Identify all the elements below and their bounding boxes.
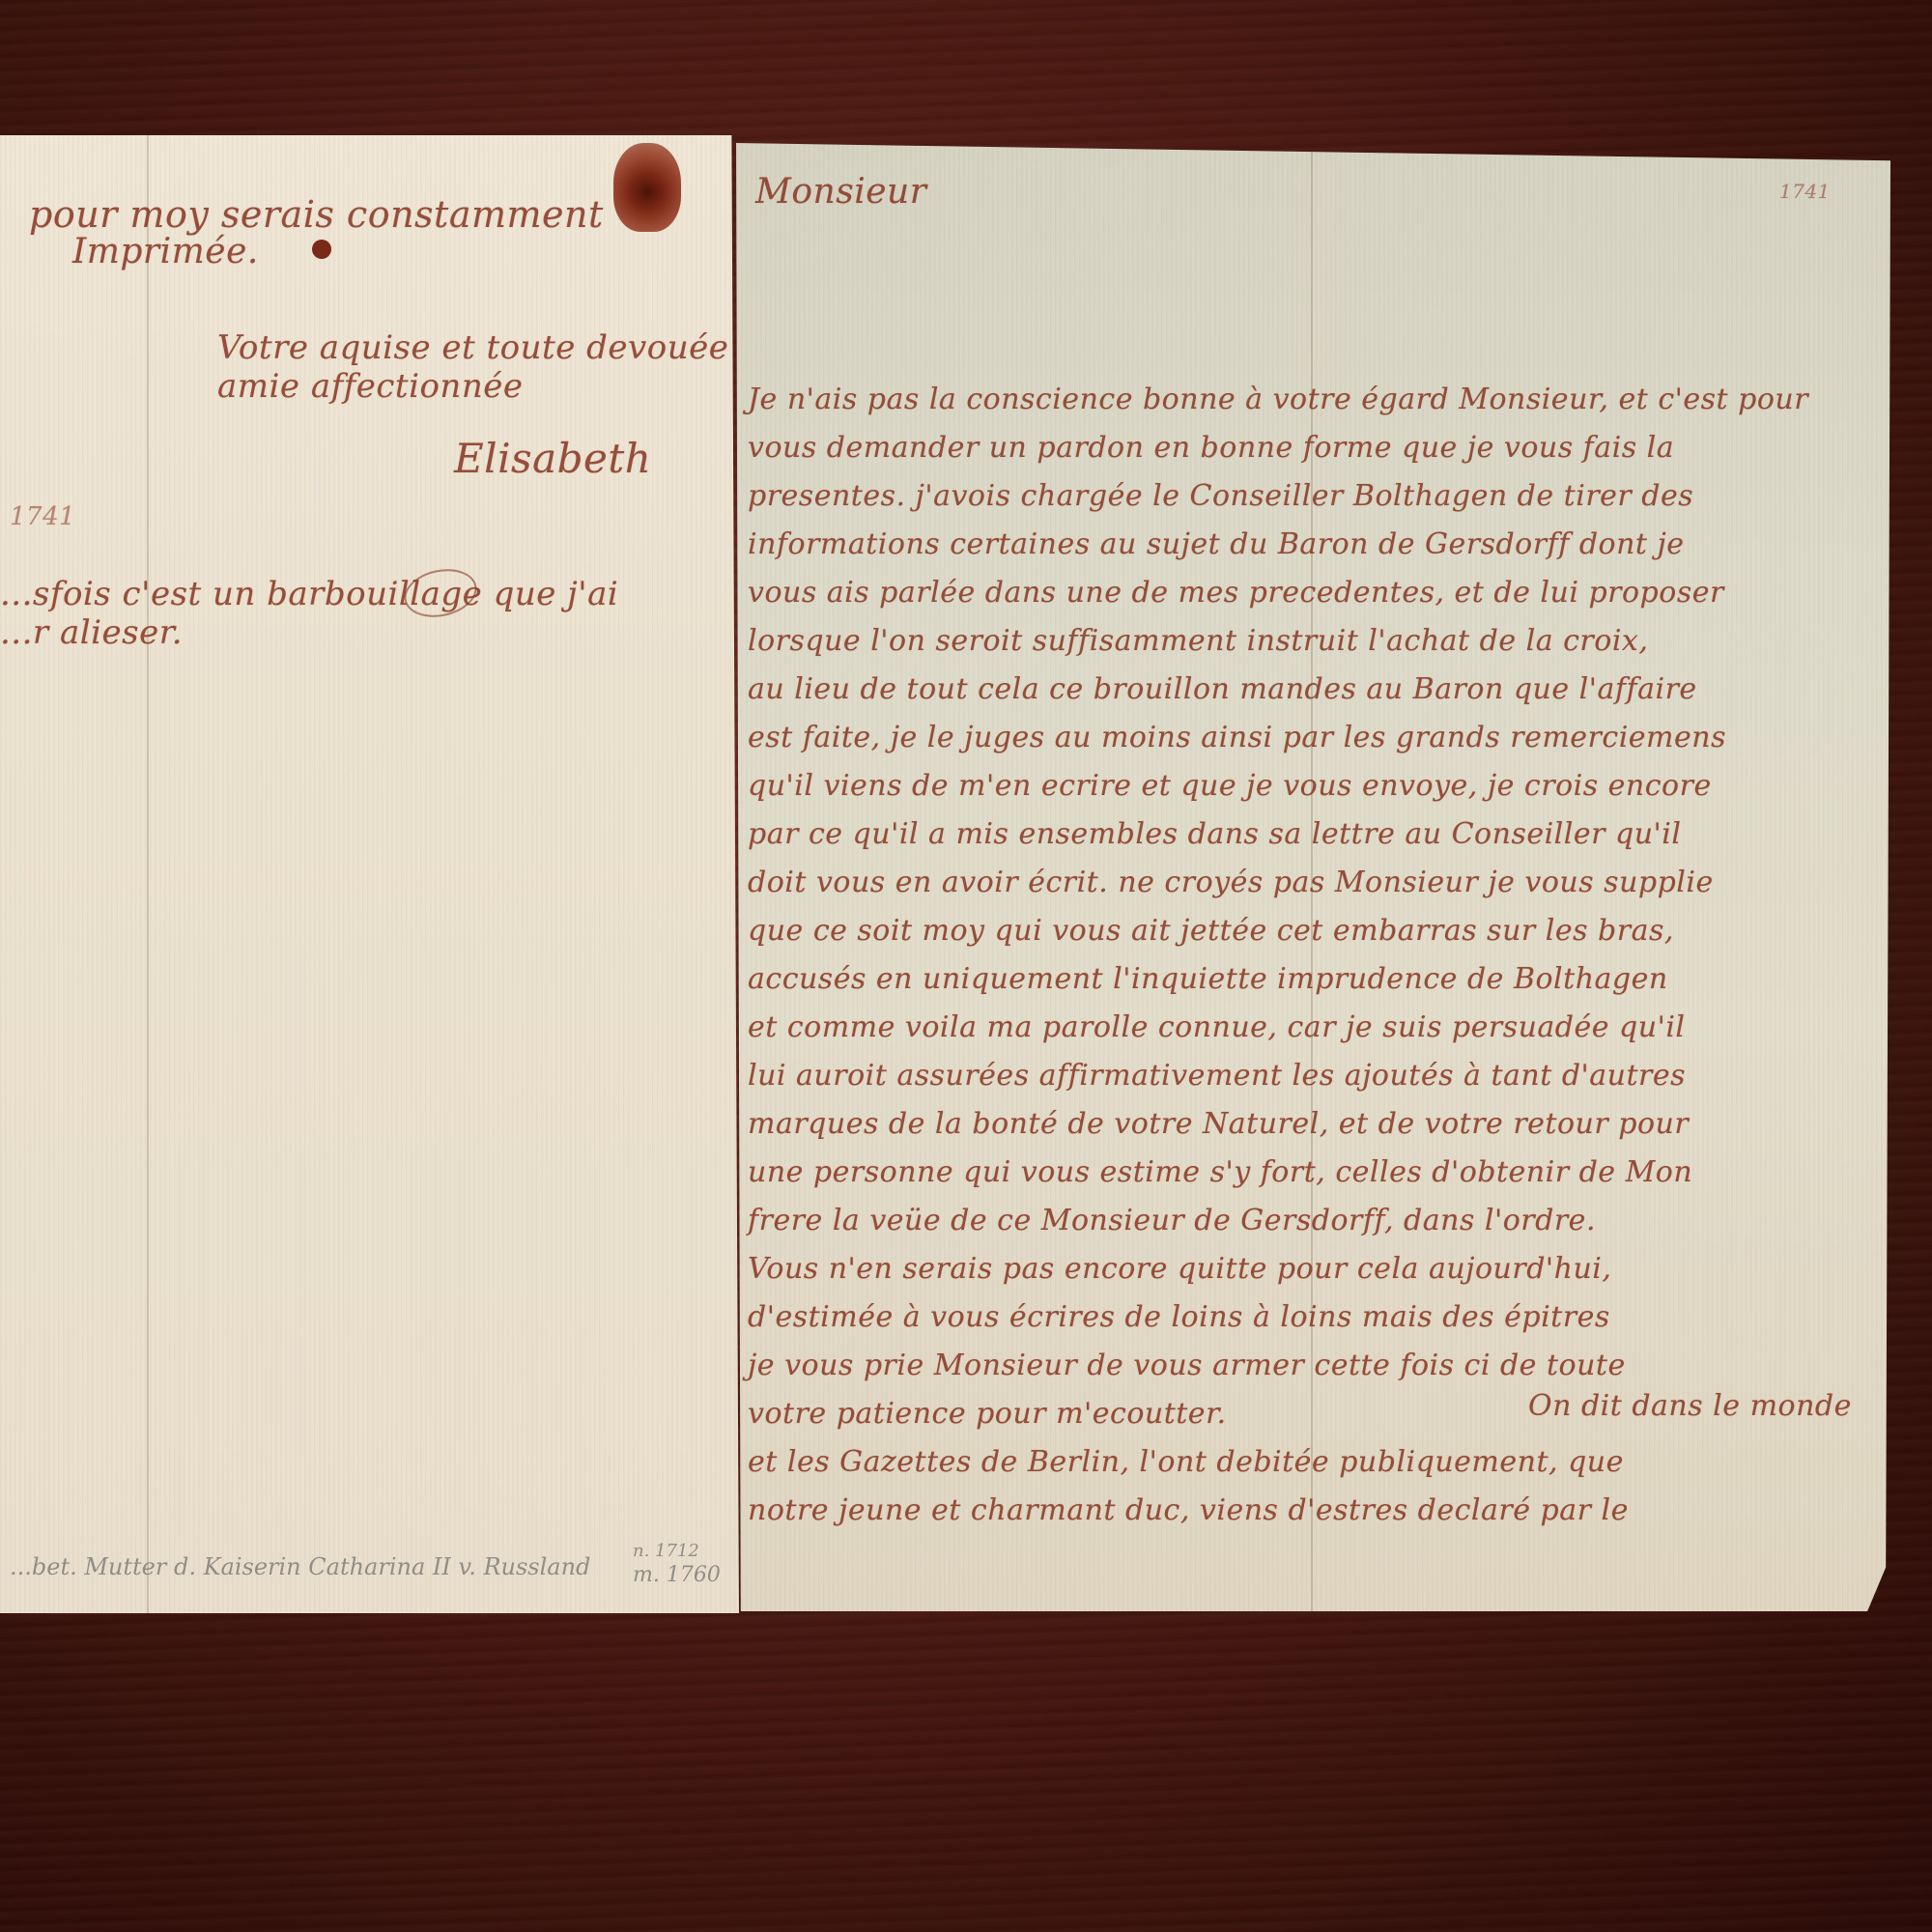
- signature: Elisabeth: [454, 435, 651, 482]
- postscript-line-2: ...r alieser.: [0, 613, 183, 652]
- valediction-line-1: Votre aquise et toute devouée: [217, 328, 728, 367]
- corner-mark: 1741: [1779, 180, 1831, 203]
- valediction-line-2: amie affectionnée: [217, 367, 523, 406]
- body-line-16: marques de la bonté de votre Naturel, et…: [748, 1107, 1689, 1141]
- left-letter-page: pour moy serais constamment Imprimée. Vo…: [0, 135, 739, 1613]
- body-line-11: doit vous en avoir écrit. ne croyés pas …: [748, 866, 1714, 899]
- closing-line-1: pour moy serais constamment: [29, 193, 604, 236]
- body-line-10: par ce qu'il a mis ensembles dans sa let…: [748, 817, 1681, 851]
- body-line-9: qu'il viens de m'en ecrire et que je vou…: [748, 769, 1712, 803]
- body-line-5: vous ais parlée dans une de mes preceden…: [748, 576, 1724, 610]
- closing-line-2: Imprimée.: [72, 232, 259, 271]
- wax-seal: [613, 143, 681, 232]
- archival-death-year: m. 1760: [633, 1563, 721, 1587]
- postscript-line-1: ...sfois c'est un barbouillage que j'ai: [0, 575, 618, 613]
- body-line-17: une personne qui vous estime s'y fort, c…: [748, 1155, 1692, 1189]
- body-line-19: Vous n'en serais pas encore quitte pour …: [748, 1252, 1611, 1286]
- archival-birth-year: n. 1712: [633, 1541, 699, 1561]
- body-line-15: lui auroit assurées affirmativement les …: [748, 1059, 1686, 1093]
- body-line-6: lorsque l'on seroit suffisamment instrui…: [748, 624, 1648, 658]
- body-line-4: informations certaines au sujet du Baron…: [748, 527, 1685, 561]
- date-note: 1741: [10, 502, 75, 531]
- body-line-2: vous demander un pardon en bonne forme q…: [748, 431, 1674, 465]
- body-line-21: je vous prie Monsieur de vous armer cett…: [748, 1349, 1626, 1382]
- body-line-8: est faite, je le juges au moins ainsi pa…: [748, 721, 1726, 754]
- archival-pencil-note: ...bet. Mutter d. Kaiserin Catharina II …: [10, 1553, 590, 1580]
- body-line-7: au lieu de tout cela ce brouillon mandes…: [748, 672, 1697, 706]
- paper-fold-line: [147, 135, 149, 1613]
- body-line-1: Je n'ais pas la conscience bonne à votre…: [748, 383, 1808, 416]
- right-letter-page: Monsieur 1741 Je n'ais pas la conscience…: [736, 143, 1890, 1611]
- body-line-13: accusés en uniquement l'inquiette imprud…: [748, 962, 1668, 996]
- body-line-20: d'estimée à vous écrires de loins à loin…: [748, 1300, 1610, 1334]
- body-line-24: notre jeune et charmant duc, viens d'est…: [748, 1493, 1629, 1527]
- body-line-22: votre patience pour m'ecoutter.: [748, 1397, 1227, 1431]
- body-line-18: frere la veüe de ce Monsieur de Gersdorf…: [748, 1204, 1596, 1237]
- indented-fragment: On dit dans le monde: [1528, 1389, 1852, 1423]
- body-line-23: et les Gazettes de Berlin, l'ont debitée…: [748, 1445, 1624, 1479]
- body-line-14: et comme voila ma parolle connue, car je…: [748, 1010, 1686, 1044]
- salutation: Monsieur: [755, 172, 926, 212]
- body-line-3: presentes. j'avois chargée le Conseiller…: [748, 479, 1693, 513]
- wax-stain: [312, 240, 331, 259]
- body-line-12: que ce soit moy qui vous ait jettée cet …: [748, 914, 1674, 948]
